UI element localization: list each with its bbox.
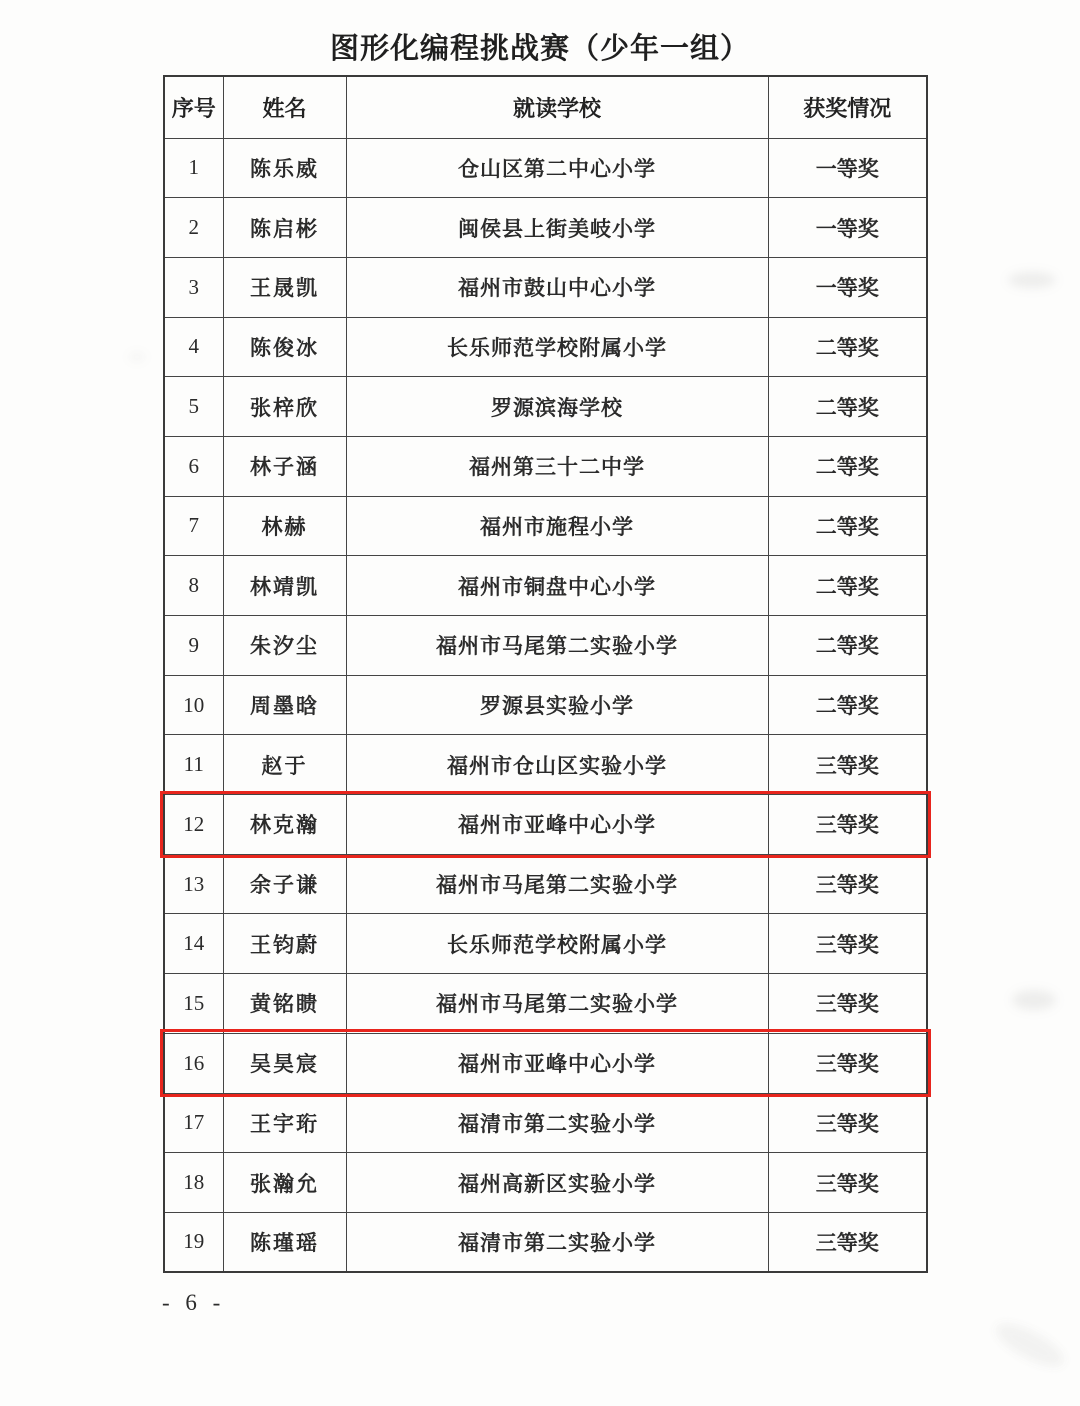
row-number-cell: 4 [164,317,223,377]
table-row: 10 周墨晗 罗源县实验小学 二等奖 [164,675,927,735]
student-name-cell: 吴昊宸 [223,1033,346,1093]
student-name-cell: 朱汐尘 [223,616,346,676]
table-row: 4 陈俊冰 长乐师范学校附属小学 二等奖 [164,317,927,377]
student-name-cell: 王晟凯 [223,257,346,317]
student-name-cell: 陈乐威 [223,138,346,198]
student-name-cell: 张瀚允 [223,1153,346,1213]
table-row: 8 林靖凯 福州市铜盘中心小学 二等奖 [164,556,927,616]
student-name-cell: 林克瀚 [223,795,346,855]
award-level-cell: 三等奖 [768,1153,927,1213]
column-header-number: 序号 [164,76,223,138]
student-name-cell: 陈瑾瑶 [223,1212,346,1272]
student-name-cell: 余子谦 [223,854,346,914]
award-level-cell: 三等奖 [768,914,927,974]
table-row: 2 陈启彬 闽侯县上街美岐小学 一等奖 [164,198,927,258]
row-number-cell: 15 [164,974,223,1034]
award-level-cell: 二等奖 [768,496,927,556]
table-row: 13 余子谦 福州市马尾第二实验小学 三等奖 [164,854,927,914]
award-level-cell: 三等奖 [768,974,927,1034]
row-number-cell: 13 [164,854,223,914]
school-name-cell: 福州市亚峰中心小学 [346,795,768,855]
table-row: 17 王宇珩 福清市第二实验小学 三等奖 [164,1093,927,1153]
column-header-name: 姓名 [223,76,346,138]
row-number-cell: 19 [164,1212,223,1272]
school-name-cell: 福清市第二实验小学 [346,1212,768,1272]
school-name-cell: 福州市马尾第二实验小学 [346,854,768,914]
header-row: 序号 姓名 就读学校 获奖情况 [164,76,927,138]
student-name-cell: 王宇珩 [223,1093,346,1153]
student-name-cell: 黄铭瞆 [223,974,346,1034]
row-number-cell: 3 [164,257,223,317]
award-level-cell: 二等奖 [768,377,927,437]
award-level-cell: 三等奖 [768,735,927,795]
student-name-cell: 陈俊冰 [223,317,346,377]
award-level-cell: 二等奖 [768,556,927,616]
award-level-cell: 一等奖 [768,138,927,198]
table-row: 16 吴昊宸 福州市亚峰中心小学 三等奖 [164,1033,927,1093]
table-row: 6 林子涵 福州第三十二中学 二等奖 [164,436,927,496]
scanned-document-page: 图形化编程挑战赛（少年一组） 序号 姓名 就读学校 获奖情况 1 陈乐威 仓山区… [0,0,1080,1406]
row-number-cell: 6 [164,436,223,496]
table-header: 序号 姓名 就读学校 获奖情况 [164,76,927,138]
row-number-cell: 18 [164,1153,223,1213]
award-results-table: 序号 姓名 就读学校 获奖情况 1 陈乐威 仓山区第二中心小学 一等奖 2 陈启… [163,75,928,1273]
table-row: 5 张梓欣 罗源滨海学校 二等奖 [164,377,927,437]
school-name-cell: 罗源县实验小学 [346,675,768,735]
award-level-cell: 二等奖 [768,317,927,377]
school-name-cell: 福州市鼓山中心小学 [346,257,768,317]
school-name-cell: 福州市铜盘中心小学 [346,556,768,616]
scan-artifact [1008,272,1056,288]
row-number-cell: 1 [164,138,223,198]
award-level-cell: 三等奖 [768,854,927,914]
row-number-cell: 7 [164,496,223,556]
award-level-cell: 二等奖 [768,436,927,496]
student-name-cell: 林靖凯 [223,556,346,616]
row-number-cell: 11 [164,735,223,795]
table-row: 7 林赫 福州市施程小学 二等奖 [164,496,927,556]
table-row: 15 黄铭瞆 福州市马尾第二实验小学 三等奖 [164,974,927,1034]
table-row: 14 王钧蔚 长乐师范学校附属小学 三等奖 [164,914,927,974]
award-level-cell: 二等奖 [768,616,927,676]
school-name-cell: 福州第三十二中学 [346,436,768,496]
row-number-cell: 17 [164,1093,223,1153]
award-level-cell: 一等奖 [768,257,927,317]
table-row: 12 林克瀚 福州市亚峰中心小学 三等奖 [164,795,927,855]
student-name-cell: 周墨晗 [223,675,346,735]
school-name-cell: 长乐师范学校附属小学 [346,317,768,377]
table-row: 9 朱汐尘 福州市马尾第二实验小学 二等奖 [164,616,927,676]
award-level-cell: 三等奖 [768,1093,927,1153]
school-name-cell: 福清市第二实验小学 [346,1093,768,1153]
student-name-cell: 王钧蔚 [223,914,346,974]
table-row: 18 张瀚允 福州高新区实验小学 三等奖 [164,1153,927,1213]
student-name-cell: 陈启彬 [223,198,346,258]
school-name-cell: 罗源滨海学校 [346,377,768,437]
student-name-cell: 林赫 [223,496,346,556]
school-name-cell: 福州市亚峰中心小学 [346,1033,768,1093]
student-name-cell: 赵于 [223,735,346,795]
scan-artifact [128,352,146,362]
school-name-cell: 长乐师范学校附属小学 [346,914,768,974]
student-name-cell: 张梓欣 [223,377,346,437]
school-name-cell: 闽侯县上街美岐小学 [346,198,768,258]
school-name-cell: 福州市马尾第二实验小学 [346,974,768,1034]
award-level-cell: 一等奖 [768,198,927,258]
table-row: 19 陈瑾瑶 福清市第二实验小学 三等奖 [164,1212,927,1272]
school-name-cell: 福州高新区实验小学 [346,1153,768,1213]
table-row: 3 王晟凯 福州市鼓山中心小学 一等奖 [164,257,927,317]
row-number-cell: 8 [164,556,223,616]
school-name-cell: 福州市施程小学 [346,496,768,556]
page-number: - 6 - [162,1290,225,1316]
award-level-cell: 三等奖 [768,1212,927,1272]
school-name-cell: 福州市仓山区实验小学 [346,735,768,795]
award-level-cell: 三等奖 [768,1033,927,1093]
row-number-cell: 5 [164,377,223,437]
scan-artifact [990,1316,1069,1375]
row-number-cell: 12 [164,795,223,855]
award-level-cell: 三等奖 [768,795,927,855]
award-level-cell: 二等奖 [768,675,927,735]
scan-artifact [1012,990,1056,1010]
student-name-cell: 林子涵 [223,436,346,496]
school-name-cell: 仓山区第二中心小学 [346,138,768,198]
column-header-award: 获奖情况 [768,76,927,138]
row-number-cell: 14 [164,914,223,974]
table-row: 11 赵于 福州市仓山区实验小学 三等奖 [164,735,927,795]
row-number-cell: 2 [164,198,223,258]
document-title: 图形化编程挑战赛（少年一组） [0,26,1080,67]
row-number-cell: 16 [164,1033,223,1093]
row-number-cell: 9 [164,616,223,676]
results-table-body: 1 陈乐威 仓山区第二中心小学 一等奖 2 陈启彬 闽侯县上街美岐小学 一等奖 … [164,138,927,1272]
table-row: 1 陈乐威 仓山区第二中心小学 一等奖 [164,138,927,198]
column-header-school: 就读学校 [346,76,768,138]
school-name-cell: 福州市马尾第二实验小学 [346,616,768,676]
row-number-cell: 10 [164,675,223,735]
